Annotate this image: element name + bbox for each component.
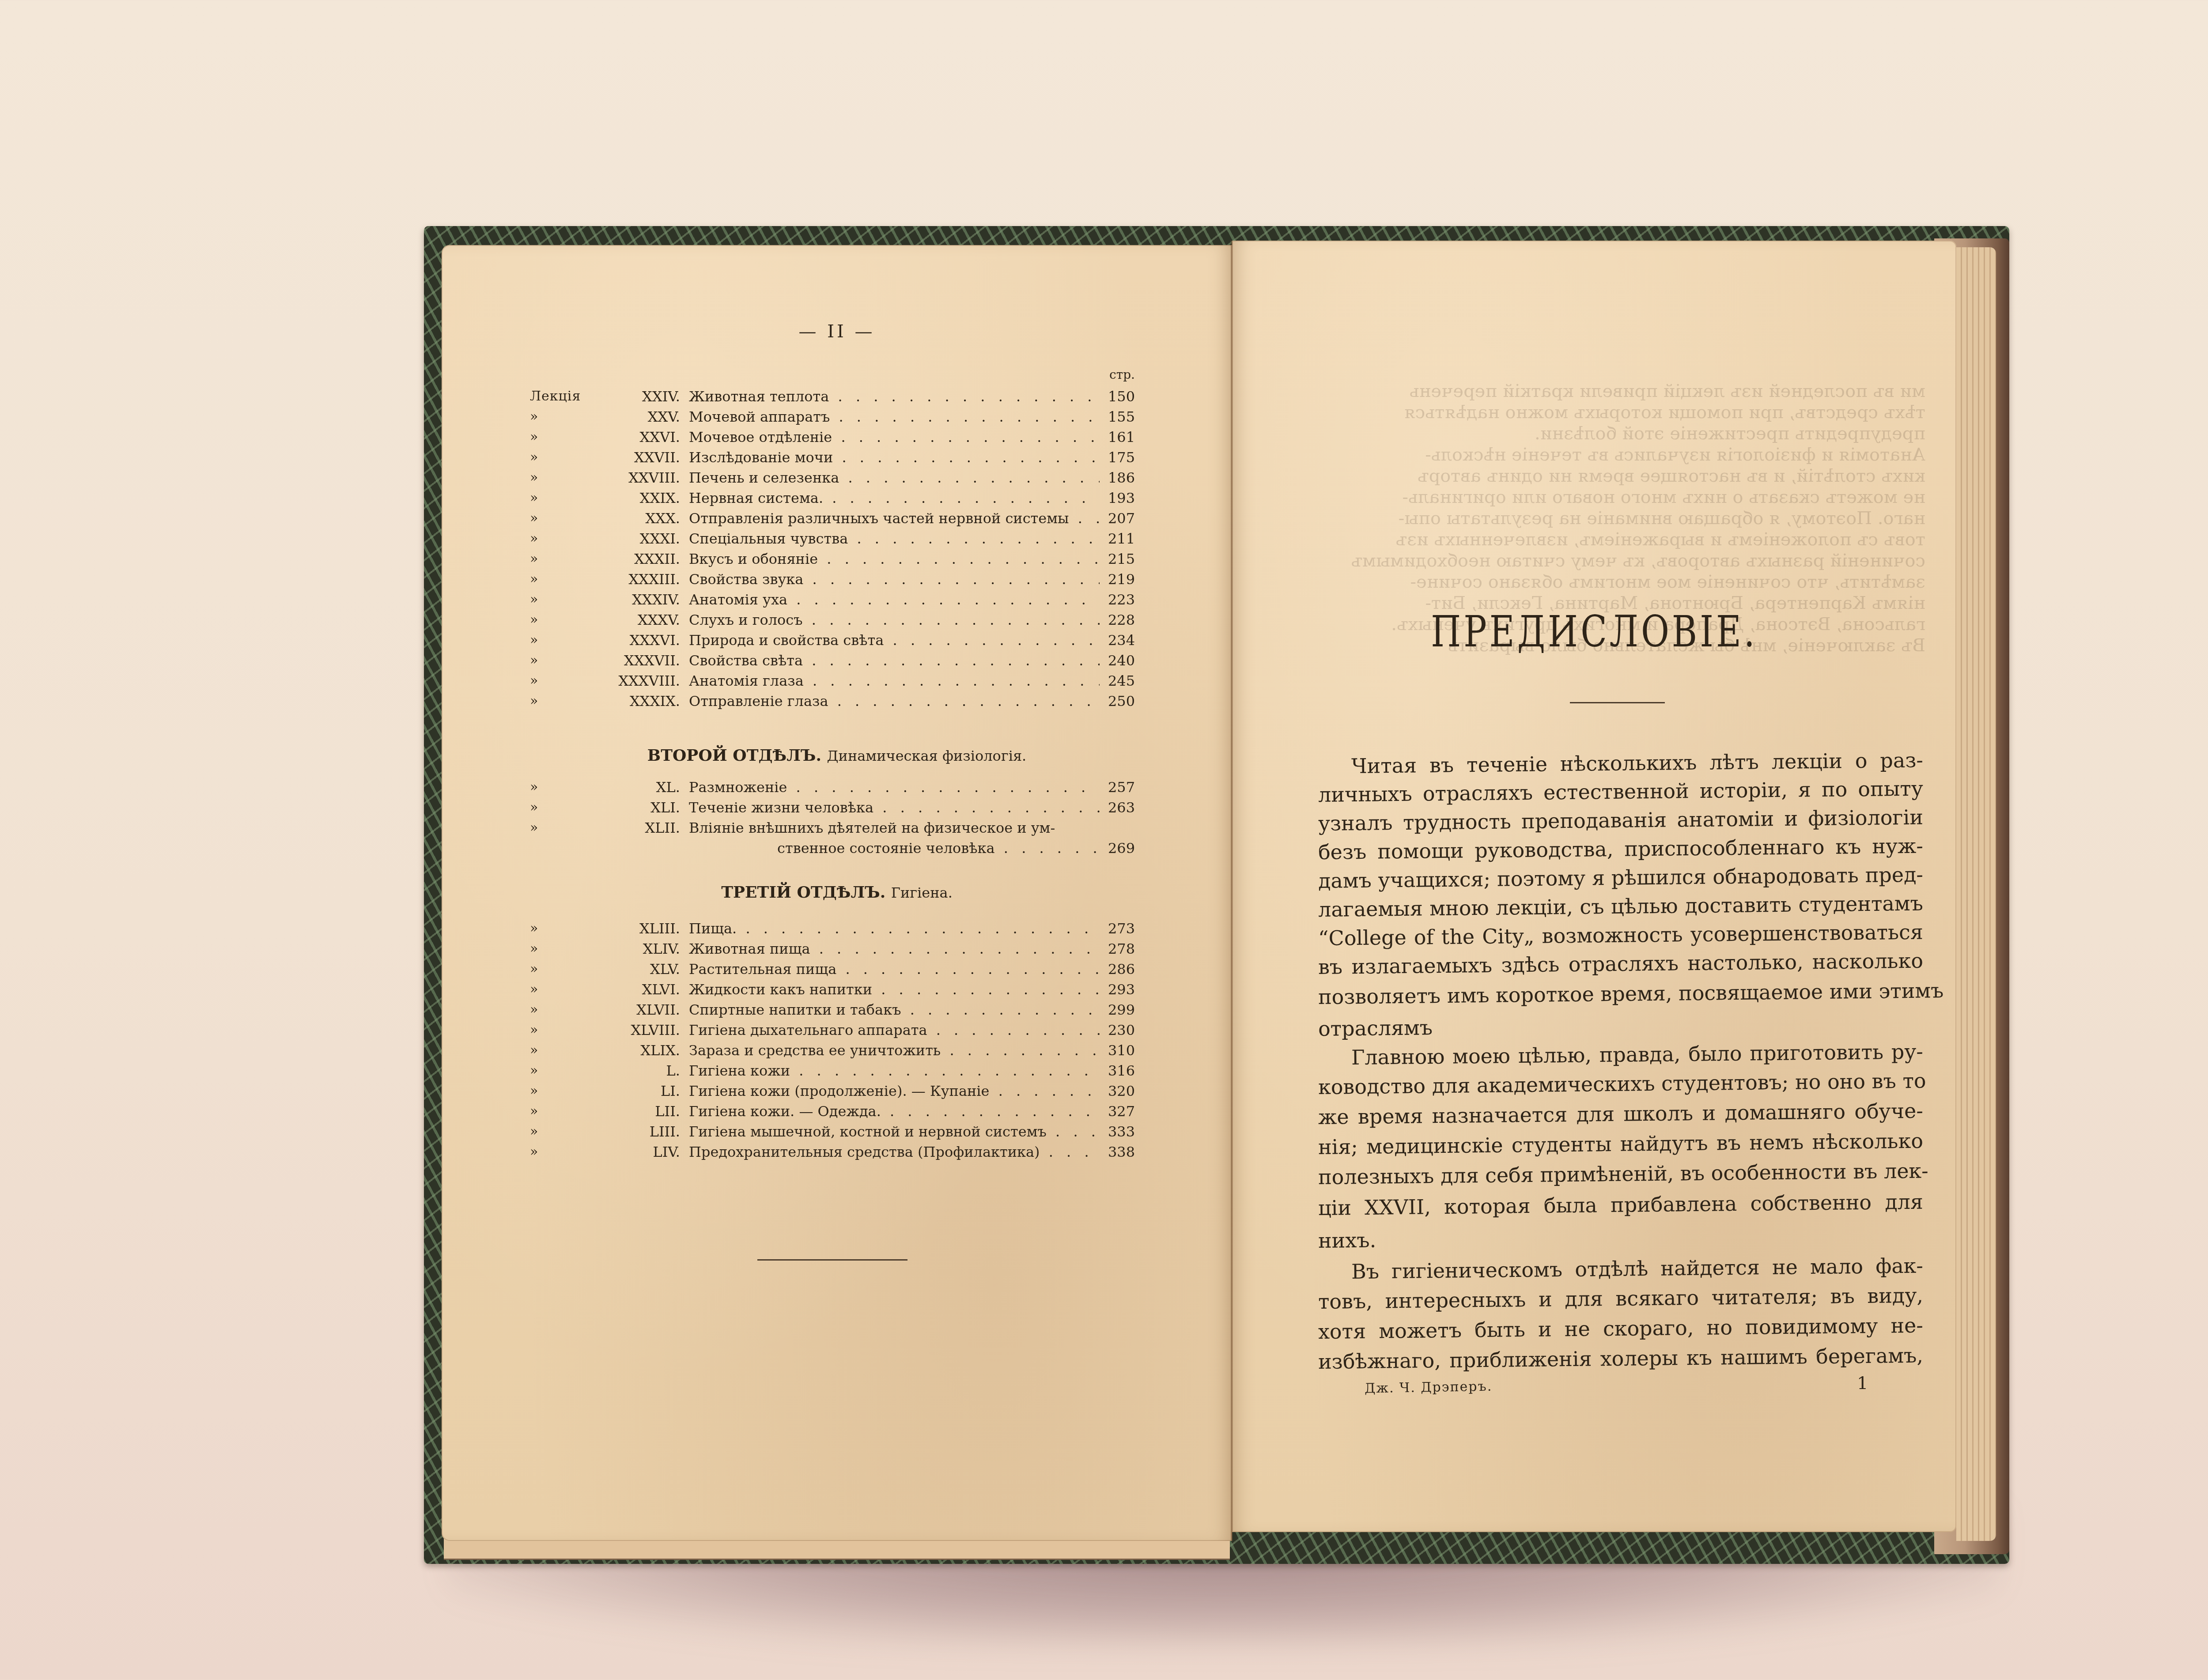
toc-lecture-label: » xyxy=(530,918,596,939)
toc-entry: »XXVIII.Печень и селезенка186 xyxy=(530,468,1135,488)
toc-lecture-label: » xyxy=(530,549,596,569)
toc-entry: »LIII.Гигіена мышечной, костной и нервно… xyxy=(530,1121,1135,1142)
toc-page-number: 327 xyxy=(1104,1101,1135,1121)
toc-entry: »XLIV.Животная пища278 xyxy=(530,939,1135,959)
right-page-stack-edges xyxy=(1956,247,1996,1541)
toc-lecture-label: » xyxy=(530,610,596,630)
toc-entry: »XLVIII.Гигіена дыхательнаго аппарата230 xyxy=(530,1020,1135,1040)
toc-lecture-number: XXXV. xyxy=(596,610,680,630)
toc-lecture-title: Гигіена кожи. — Одежда. xyxy=(689,1101,1100,1121)
toc-entry: »XLIII.Пища.273 xyxy=(530,918,1135,939)
toc-lecture-title: Теченіе жизни человѣка xyxy=(689,797,1100,818)
toc-lecture-label: » xyxy=(530,818,596,838)
toc-page-number: 299 xyxy=(1104,1000,1135,1020)
page-column-label: стр. xyxy=(1100,367,1135,382)
section-heading-second: ВТОРОЙ ОТДѢЛЪ. Динамическая физіологія. xyxy=(442,746,1232,765)
toc-page-number: 310 xyxy=(1104,1040,1135,1061)
toc-lecture-title: Печень и селезенка xyxy=(689,468,1100,488)
toc-entry: »XXVII.Изслѣдованіе мочи175 xyxy=(530,447,1135,468)
section-heading-subtitle: Гигіена. xyxy=(891,884,953,901)
toc-lecture-title: Изслѣдованіе мочи xyxy=(689,447,1100,468)
preface-title: ПРЕДИСЛОВІЕ. xyxy=(1232,607,1956,657)
toc-lecture-title: Слухъ и голосъ xyxy=(689,610,1100,630)
toc-entry: »LI.Гигіена кожи (продолженіе). — Купані… xyxy=(530,1081,1135,1101)
toc-lecture-number: LIV. xyxy=(596,1142,680,1162)
section-heading-label: ТРЕТІЙ ОТДѢЛЪ. xyxy=(721,883,885,902)
toc-lecture-title: Мочевой аппаратъ xyxy=(689,407,1100,427)
toc-entry: »L.Гигіена кожи316 xyxy=(530,1061,1135,1081)
toc-lecture-label: » xyxy=(530,691,596,711)
toc-entry: »LIV.Предохранительныя средства (Профила… xyxy=(530,1142,1135,1162)
toc-lecture-number: XXXIX. xyxy=(596,691,680,711)
toc-lecture-label: » xyxy=(530,529,596,549)
toc-page-number: 211 xyxy=(1104,529,1135,549)
toc-lecture-number: LIII. xyxy=(596,1121,680,1142)
toc-lecture-title: Размноженіе xyxy=(689,777,1100,797)
toc-lecture-number: LI. xyxy=(596,1081,680,1101)
toc-lecture-title: Животная теплота xyxy=(689,386,1100,407)
toc-lecture-label: » xyxy=(530,569,596,589)
toc-entry: »XXXIX.Отправленіе глаза250 xyxy=(530,691,1135,711)
show-through-line: тѣхъ средствъ, при помощи которыхъ можно… xyxy=(1298,401,1925,424)
toc-lecture-title: Свойства звука xyxy=(689,569,1100,589)
toc-lecture-number: XXVI. xyxy=(596,427,680,447)
toc-lecture-number: L. xyxy=(596,1061,680,1081)
toc-lecture-title: Пища. xyxy=(689,918,1100,939)
toc-lecture-title: Вліяніе внѣшнихъ дѣятелей на физическое … xyxy=(689,818,1100,838)
title-rule xyxy=(1570,702,1665,703)
toc-page-number: 293 xyxy=(1104,979,1135,1000)
toc-lecture-label: » xyxy=(530,1000,596,1020)
show-through-line: ми въ последней изъ лекцій привели кратк… xyxy=(1298,380,1925,403)
toc-lecture-number: XXV. xyxy=(596,407,680,427)
toc-page-number: 269 xyxy=(1104,838,1135,858)
toc-lecture-number: XLII. xyxy=(596,818,680,838)
show-through-line: товъ съ положеніемъ и выраженіемъ, извле… xyxy=(1298,528,1925,551)
toc-lecture-number: XXVIII. xyxy=(596,468,680,488)
toc-page-number: 230 xyxy=(1104,1020,1135,1040)
toc-entry: »XLII.Вліяніе внѣшнихъ дѣятелей на физич… xyxy=(530,818,1135,838)
toc-entry: »XLI.Теченіе жизни человѣка263 xyxy=(530,797,1135,818)
toc-lecture-label: » xyxy=(530,939,596,959)
toc-lecture-number: XXIX. xyxy=(596,488,680,508)
toc-entry: »XXX.Отправленія различныхъ частей нервн… xyxy=(530,508,1135,529)
toc-lecture-title: Зараза и средства ее уничтожить xyxy=(689,1040,1100,1061)
end-rule xyxy=(757,1259,907,1261)
toc-lecture-label: » xyxy=(530,1081,596,1101)
toc-page-number: 186 xyxy=(1104,468,1135,488)
toc-lecture-number: XLVIII. xyxy=(596,1020,680,1040)
show-through-line: Анатомія и физіологія изучались въ течен… xyxy=(1298,443,1925,466)
toc-lecture-label: » xyxy=(530,979,596,1000)
toc-lecture-title: Свойства свѣта xyxy=(689,650,1100,671)
toc-lecture-number: XL. xyxy=(596,777,680,797)
toc-lecture-label: » xyxy=(530,1061,596,1081)
toc-page-number: 240 xyxy=(1104,650,1135,671)
toc-entry: »XXXII.Вкусъ и обоняніе215 xyxy=(530,549,1135,569)
toc-lecture-title: Гигіена кожи xyxy=(689,1061,1100,1081)
toc-page-number: 150 xyxy=(1104,386,1135,407)
toc-entry: »XXXV.Слухъ и голосъ228 xyxy=(530,610,1135,630)
toc-lecture-title: Спеціальныя чувства xyxy=(689,529,1100,549)
toc-lecture-number: XXIV. xyxy=(596,386,680,407)
show-through-line: замѣтить, что сочиненіе мое многимъ обяз… xyxy=(1298,570,1925,593)
toc-lecture-label: » xyxy=(530,650,596,671)
toc-lecture-number: XXXVIII. xyxy=(596,671,680,691)
toc-lecture-number: XXVII. xyxy=(596,447,680,468)
toc-entry: »XXXIV.Анатомія уха223 xyxy=(530,589,1135,610)
toc-lecture-label: » xyxy=(530,1142,596,1162)
toc-page-number: 245 xyxy=(1104,671,1135,691)
toc-lecture-label: » xyxy=(530,427,596,447)
toc-page-number: 193 xyxy=(1104,488,1135,508)
toc-entry: »XXXVI.Природа и свойства свѣта234 xyxy=(530,630,1135,650)
show-through-line: сочиненій разныхъ авторовъ, къ чему счит… xyxy=(1298,549,1925,572)
toc-lecture-title: Гигіена мышечной, костной и нервной сист… xyxy=(689,1121,1100,1142)
toc-entry: ЛекціяXXIV.Животная теплота150 xyxy=(530,386,1135,407)
toc-lecture-number: XXXVII. xyxy=(596,650,680,671)
toc-lecture-title: Анатомія глаза xyxy=(689,671,1100,691)
section-heading-subtitle: Динамическая физіологія. xyxy=(827,748,1027,764)
toc-lecture-label: » xyxy=(530,1121,596,1142)
toc-lecture-number: XXXVI. xyxy=(596,630,680,650)
toc-lecture-title: Анатомія уха xyxy=(689,589,1100,610)
toc-lecture-number: XLI. xyxy=(596,797,680,818)
toc-lecture-title: Предохранительныя средства (Профилактика… xyxy=(689,1142,1100,1162)
toc-lecture-number: XLVI. xyxy=(596,979,680,1000)
toc-lecture-label: Лекція xyxy=(530,386,596,407)
show-through-line: не можетъ сказать о нихъ много новаго ил… xyxy=(1298,486,1925,509)
toc-lecture-number: XLIII. xyxy=(596,918,680,939)
toc-lecture-title: ственное состояніе человѣка xyxy=(777,838,1100,858)
toc-lecture-label: » xyxy=(530,959,596,979)
toc-lecture-number: XXX. xyxy=(596,508,680,529)
toc-lecture-title: Растительная пища xyxy=(689,959,1100,979)
toc-page-number: 316 xyxy=(1104,1061,1135,1081)
toc-lecture-label: » xyxy=(530,488,596,508)
toc-entry: »XXXI.Спеціальныя чувства211 xyxy=(530,529,1135,549)
toc-lecture-title: Мочевое отдѣленіе xyxy=(689,427,1100,447)
toc-lecture-title: Вкусъ и обоняніе xyxy=(689,549,1100,569)
page-header-roman-numeral: — II — xyxy=(442,321,1232,342)
printer-signature: Дж. Ч. Дрэперъ. xyxy=(1365,1378,1493,1396)
toc-lecture-number: XLIX. xyxy=(596,1040,680,1061)
toc-page-number: 175 xyxy=(1104,447,1135,468)
toc-lecture-label: » xyxy=(530,1101,596,1121)
toc-entry: »XLIX.Зараза и средства ее уничтожить310 xyxy=(530,1040,1135,1061)
toc-page-number: 155 xyxy=(1104,407,1135,427)
toc-entry: »XL.Размноженіе257 xyxy=(530,777,1135,797)
toc-lecture-title: Животная пища xyxy=(689,939,1100,959)
toc-entry: »XXXVII.Свойства свѣта240 xyxy=(530,650,1135,671)
toc-page-number: 263 xyxy=(1104,797,1135,818)
toc-lecture-label: » xyxy=(530,508,596,529)
toc-page-number: 161 xyxy=(1104,427,1135,447)
toc-entry: »XXXVIII.Анатомія глаза245 xyxy=(530,671,1135,691)
toc-lecture-label: » xyxy=(530,777,596,797)
toc-lecture-title: Нервная система. xyxy=(689,488,1100,508)
toc-lecture-number: XLV. xyxy=(596,959,680,979)
toc-page-number: 228 xyxy=(1104,610,1135,630)
toc-lecture-label: » xyxy=(530,468,596,488)
toc-lecture-title: Жидкости какъ напитки xyxy=(689,979,1100,1000)
toc-lecture-title: Спиртные напитки и табакъ xyxy=(689,1000,1100,1020)
toc-lecture-number: XLVII. xyxy=(596,1000,680,1020)
toc-page-number: 250 xyxy=(1104,691,1135,711)
section-heading-label: ВТОРОЙ ОТДѢЛЪ. xyxy=(647,746,821,765)
toc-lecture-number: XXXII. xyxy=(596,549,680,569)
toc-page-number: 257 xyxy=(1104,777,1135,797)
toc-page-number: 333 xyxy=(1104,1121,1135,1142)
toc-lecture-title: Гигіена кожи (продолженіе). — Купаніе xyxy=(689,1081,1100,1101)
show-through-line: предупредить престиженіе этой болѣзни. xyxy=(1298,422,1925,445)
toc-page-number: 320 xyxy=(1104,1081,1135,1101)
toc-lecture-label: » xyxy=(530,630,596,650)
toc-entry: »XXIX.Нервная система.193 xyxy=(530,488,1135,508)
section-heading-third: ТРЕТІЙ ОТДѢЛЪ. Гигіена. xyxy=(442,883,1232,902)
toc-lecture-label: » xyxy=(530,671,596,691)
toc-lecture-label: » xyxy=(530,1020,596,1040)
toc-lecture-number: XXXI. xyxy=(596,529,680,549)
toc-lecture-title: Отправленія различныхъ частей нервной си… xyxy=(689,508,1100,529)
toc-lecture-title: Гигіена дыхательнаго аппарата xyxy=(689,1020,1100,1040)
toc-lecture-title: Отправленіе глаза xyxy=(689,691,1100,711)
toc-lecture-number: LII. xyxy=(596,1101,680,1121)
toc-lecture-label: » xyxy=(530,797,596,818)
toc-page-number: 223 xyxy=(1104,589,1135,610)
show-through-line: кихъ столѣтій, и въ настоящее время ни о… xyxy=(1298,464,1925,487)
toc-lecture-label: » xyxy=(530,1040,596,1061)
toc-lecture-label: » xyxy=(530,589,596,610)
toc-entry: »XLVII.Спиртные напитки и табакъ299 xyxy=(530,1000,1135,1020)
toc-page-number: 215 xyxy=(1104,549,1135,569)
toc-entry: »XLV.Растительная пища286 xyxy=(530,959,1135,979)
toc-page-number: 338 xyxy=(1104,1142,1135,1162)
toc-lecture-label: » xyxy=(530,407,596,427)
toc-entry: »XXXIII.Свойства звука219 xyxy=(530,569,1135,589)
page-number: 1 xyxy=(1857,1373,1868,1393)
toc-page-number: 234 xyxy=(1104,630,1135,650)
toc-entry: »XXVI.Мочевое отдѣленіе161 xyxy=(530,427,1135,447)
toc-page-number: 286 xyxy=(1104,959,1135,979)
toc-lecture-title: Природа и свойства свѣта xyxy=(689,630,1100,650)
toc-page-number: 278 xyxy=(1104,939,1135,959)
show-through-line: наго. Поэтому, я обращаю вниманіе на рез… xyxy=(1298,507,1925,530)
toc-lecture-number: XXXIV. xyxy=(596,589,680,610)
toc-lecture-number: XLIV. xyxy=(596,939,680,959)
toc-entry: ственное состояніе человѣка269 xyxy=(530,838,1135,858)
toc-lecture-number: XXXIII. xyxy=(596,569,680,589)
toc-entry: »XXV.Мочевой аппаратъ155 xyxy=(530,407,1135,427)
toc-entry: »LII.Гигіена кожи. — Одежда.327 xyxy=(530,1101,1135,1121)
toc-lecture-label: » xyxy=(530,447,596,468)
toc-page-number: 273 xyxy=(1104,918,1135,939)
toc-entry: »XLVI.Жидкости какъ напитки293 xyxy=(530,979,1135,1000)
toc-page-number: 207 xyxy=(1104,508,1135,529)
toc-page-number: 219 xyxy=(1104,569,1135,589)
